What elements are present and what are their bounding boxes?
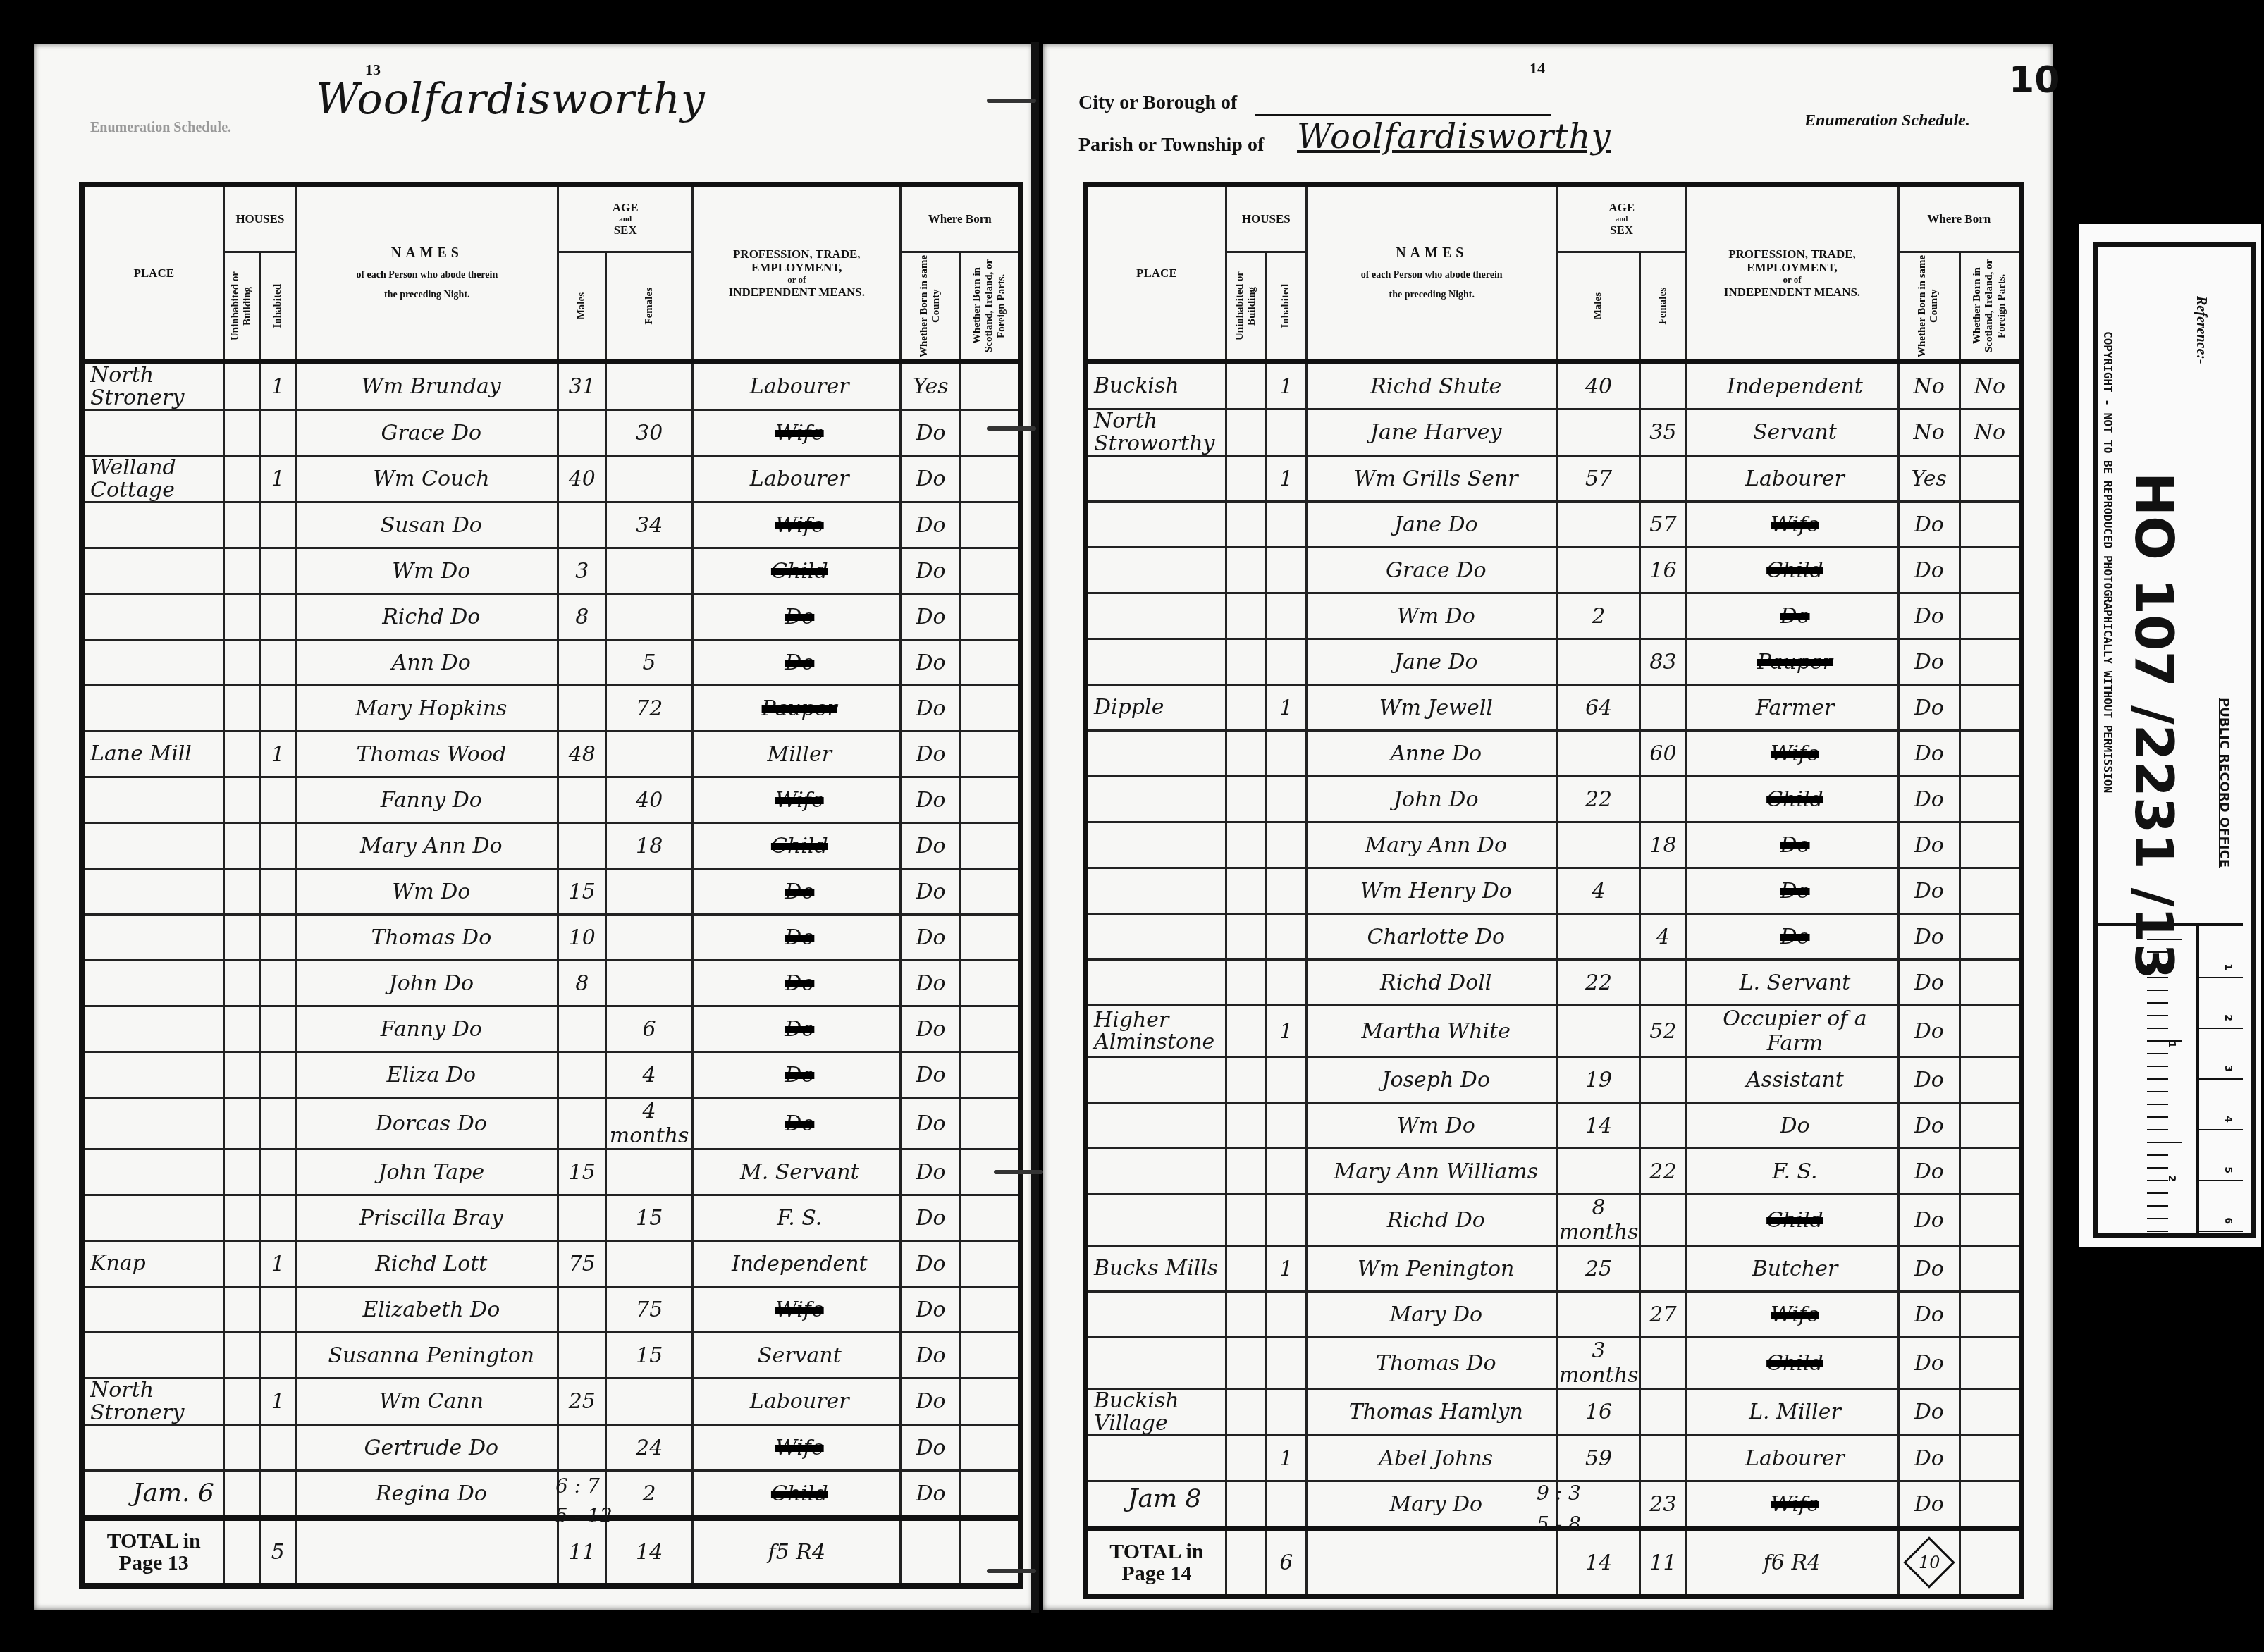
female-age-cell: 4 <box>606 1052 693 1098</box>
table-row: Anne Do60WifeDo <box>1085 731 2022 777</box>
born-county-text: Do <box>916 696 945 721</box>
male-age-text: 57 <box>1585 467 1612 491</box>
born-elsewhere-cell <box>961 1052 1021 1098</box>
born-elsewhere-text: No <box>1974 420 2005 445</box>
city-borough-line <box>1255 114 1551 116</box>
person-name-cell: Richd Shute <box>1306 362 1557 409</box>
inch-mark: 2 <box>2166 1175 2177 1182</box>
house-count-cell: 1 <box>260 456 296 503</box>
person-name-cell: Jane Do <box>1306 639 1557 685</box>
male-age-text: 3 <box>575 559 589 584</box>
female-age-text: 75 <box>636 1297 663 1322</box>
house-count-cell <box>260 1287 296 1333</box>
place-cell <box>1085 822 1226 868</box>
faded-header-text: Enumeration Schedule. <box>90 120 231 136</box>
born-county-text: Do <box>916 1111 945 1136</box>
uninhabited-cell <box>1226 1389 1266 1436</box>
house-count-cell <box>260 410 296 456</box>
total-elsewhere <box>961 1518 1021 1586</box>
occupation-cell: Do <box>693 1006 901 1052</box>
person-name-cell: Gertrude Do <box>296 1425 558 1471</box>
person-name-cell: Richd Lott <box>296 1241 558 1287</box>
occupation-cell: Do <box>693 961 901 1006</box>
born-elsewhere-cell <box>961 1195 1021 1241</box>
born-county-cell: Do <box>1898 1057 1960 1103</box>
stamp-number: 10 <box>1918 1553 1940 1572</box>
table-row: North StroworthyJane Harvey35ServantNoNo <box>1085 409 2022 456</box>
age-sex: SEX <box>1558 223 1685 238</box>
ruler-tick <box>2147 1066 2168 1067</box>
person-name-text: John Do <box>1394 787 1478 812</box>
person-name-cell: Fanny Do <box>296 1006 558 1052</box>
born-county-cell: Do <box>901 1098 961 1149</box>
total-males: 14 <box>1557 1529 1640 1596</box>
col-born-county: Whether Born in same County <box>901 252 961 362</box>
female-age-cell: 15 <box>606 1333 693 1379</box>
table-row: Thomas Do10DoDo <box>82 915 1021 961</box>
born-county-text: Do <box>1914 741 1944 766</box>
uninhabited-cell <box>1226 1481 1266 1529</box>
female-age-text: 16 <box>1649 558 1676 583</box>
uninhabited-cell <box>224 961 260 1006</box>
parish-name-handwritten: Woolfardisworthy <box>316 75 706 124</box>
person-name-text: Wm Brunday <box>362 374 501 399</box>
cm-mark: 1 <box>2196 926 2243 978</box>
table-row: North Stronery1Wm Cann25LabourerDo <box>82 1379 1021 1425</box>
place-cell <box>82 1333 224 1379</box>
col-inhabited: Inhabited <box>1266 252 1306 362</box>
female-age-text: 72 <box>636 696 663 721</box>
born-county-cell: Do <box>901 1333 961 1379</box>
place-cell <box>82 686 224 732</box>
occupation-cell: Labourer <box>1686 456 1898 502</box>
born-county-text: Do <box>916 1436 945 1460</box>
male-age-text: 4 <box>1592 879 1606 904</box>
person-name-text: Thomas Hamlyn <box>1349 1400 1523 1424</box>
house-count-cell <box>260 777 296 823</box>
female-age-cell: 75 <box>606 1287 693 1333</box>
occupation-cell: Servant <box>693 1333 901 1379</box>
house-count-cell <box>1266 502 1306 548</box>
male-age-text: 40 <box>1585 374 1612 399</box>
person-name-text: Jane Harvey <box>1370 420 1502 445</box>
occupation-text: Butcher <box>1752 1257 1838 1281</box>
person-name-text: Dorcas Do <box>376 1111 487 1136</box>
female-age-text: 27 <box>1649 1302 1676 1327</box>
male-age-cell: 3 <box>558 548 606 594</box>
total-row: TOTAL inPage 13 5 11 14 f5 R4 <box>82 1518 1021 1586</box>
uninhabited-cell <box>1226 1436 1266 1481</box>
occupation-cell: Pauper <box>1686 639 1898 685</box>
place-cell <box>1085 1292 1226 1338</box>
table-row: Richd Do8DoDo <box>82 594 1021 640</box>
occupation-cell: Wife <box>1686 731 1898 777</box>
uninhabited-cell <box>224 732 260 777</box>
male-age-text: 2 <box>1592 604 1606 629</box>
ruler-tick <box>2147 1192 2168 1194</box>
archive-reference-card: Reference:- HO 107 /2231 /13 PUBLIC RECO… <box>2079 224 2261 1247</box>
table-row: Dipple1Wm Jewell64FarmerDo <box>1085 685 2022 731</box>
female-age-cell: 5 <box>606 640 693 686</box>
house-count-text: 1 <box>271 374 285 399</box>
table-row: Fanny Do40WifeDo <box>82 777 1021 823</box>
profession-4: INDEPENDENT MEANS. <box>1687 285 1897 300</box>
occupation-text: Do <box>785 651 814 675</box>
person-name-text: Fanny Do <box>381 788 482 813</box>
born-county-text: No <box>1914 420 1945 445</box>
occupation-text: Wife <box>775 1436 824 1460</box>
occupation-cell: Do <box>1686 593 1898 639</box>
uninhabited-cell <box>1226 362 1266 409</box>
born-county-text: Do <box>916 467 945 491</box>
uninhabited-cell <box>1226 639 1266 685</box>
born-elsewhere-cell <box>961 1471 1021 1519</box>
born-elsewhere-label: Whether Born in Scotland, Ireland, or Fo… <box>1971 253 2008 359</box>
born-county-cell: Do <box>901 1241 961 1287</box>
public-record-office-label: PUBLIC RECORD OFFICE <box>2217 698 2232 868</box>
col-place: PLACE <box>1085 185 1226 362</box>
house-count-cell <box>260 1195 296 1241</box>
table-row: Wm Do15DoDo <box>82 869 1021 915</box>
born-elsewhere-cell <box>1960 960 2022 1006</box>
table-row: Grace Do16ChildDo <box>1085 548 2022 593</box>
occupation-text: Do <box>1780 1114 1809 1138</box>
person-name-text: Wm Do <box>392 559 470 584</box>
born-county-cell: Do <box>901 686 961 732</box>
born-elsewhere-cell <box>961 915 1021 961</box>
col-houses: HOUSES <box>1226 185 1306 252</box>
male-age-cell: 64 <box>1557 685 1640 731</box>
occupation-text: Wife <box>775 513 824 538</box>
occupation-cell: Child <box>1686 777 1898 822</box>
place-cell <box>1085 868 1226 914</box>
house-count-cell <box>260 1006 296 1052</box>
female-age-cell <box>1640 777 1686 822</box>
born-elsewhere-text: No <box>1974 374 2005 399</box>
female-age-text: 34 <box>636 513 663 538</box>
house-count-cell <box>260 1052 296 1098</box>
male-age-text: 8 <box>575 605 589 629</box>
total-row: TOTAL inPage 14 6 14 11 f6 R4 10 <box>1085 1529 2022 1596</box>
female-age-cell <box>1640 868 1686 914</box>
born-county-cell: Do <box>1898 639 1960 685</box>
born-county-cell: Do <box>901 1006 961 1052</box>
occupation-cell: Occupier of a Farm <box>1686 1006 1898 1057</box>
place-text: Knap <box>90 1251 146 1276</box>
born-county-cell: Do <box>1898 822 1960 868</box>
person-name-cell: John Do <box>1306 777 1557 822</box>
place-cell <box>82 1098 224 1149</box>
reference-number: HO 107 /2231 /13 <box>2123 472 2184 980</box>
col-age-sex: AGEandSEX <box>558 185 693 252</box>
cm-mark: 4 <box>2196 1078 2243 1130</box>
uninhabited-cell <box>1226 593 1266 639</box>
born-county-text: Yes <box>913 374 948 399</box>
total-born <box>901 1518 961 1586</box>
female-age-cell: 52 <box>1640 1006 1686 1057</box>
uninhabited-cell <box>224 1149 260 1195</box>
profession-4: INDEPENDENT MEANS. <box>694 285 899 300</box>
born-county-text: Do <box>916 1481 945 1506</box>
house-count-cell <box>1266 639 1306 685</box>
enumerator-initials: Jam. 6 <box>133 1479 214 1508</box>
person-name-cell: Anne Do <box>1306 731 1557 777</box>
born-county-text: Do <box>916 1389 945 1414</box>
born-county-cell: Do <box>1898 1006 1960 1057</box>
occupation-cell: Child <box>1686 1338 1898 1389</box>
place-cell <box>82 594 224 640</box>
male-age-cell: 8 <box>558 961 606 1006</box>
col-profession: PROFESSION, TRADE,EMPLOYMENT,or ofINDEPE… <box>1686 185 1898 362</box>
male-age-cell <box>1557 1006 1640 1057</box>
born-county-cell: Do <box>901 1052 961 1098</box>
occupation-text: Farmer <box>1756 696 1835 720</box>
house-count-cell <box>1266 1338 1306 1389</box>
left-page: 13 Woolfardisworthy Enumeration Schedule… <box>34 44 1033 1610</box>
born-county-cell: No <box>1898 362 1960 409</box>
house-count-cell: 1 <box>260 1379 296 1425</box>
ruler-tick <box>2147 1015 2168 1016</box>
male-age-cell <box>1557 822 1640 868</box>
born-county-text: Do <box>916 1297 945 1322</box>
born-county-cell: Do <box>1898 1246 1960 1292</box>
place-cell <box>1085 639 1226 685</box>
person-name-text: Regina Do <box>376 1481 487 1506</box>
born-county-text: Do <box>1914 1351 1944 1376</box>
born-county-text: Do <box>916 513 945 538</box>
person-name-cell: Richd Do <box>296 594 558 640</box>
ruler-tick <box>2147 951 2168 953</box>
house-count-cell <box>1266 1149 1306 1195</box>
table-row: Buckish VillageThomas Hamlyn16L. MillerD… <box>1085 1389 2022 1436</box>
male-age-text: 31 <box>569 374 596 399</box>
born-elsewhere-cell <box>961 640 1021 686</box>
place-cell <box>82 503 224 548</box>
person-name-cell: Grace Do <box>1306 548 1557 593</box>
male-age-cell <box>558 1287 606 1333</box>
place-cell <box>1085 1436 1226 1481</box>
uninhabited-cell <box>1226 1195 1266 1246</box>
born-county-text: Do <box>916 971 945 996</box>
uninhabited-cell <box>224 1241 260 1287</box>
female-age-text: 35 <box>1649 420 1676 445</box>
uninhabited-cell <box>224 1287 260 1333</box>
occupation-cell: Wife <box>1686 1292 1898 1338</box>
house-count-cell <box>260 1425 296 1471</box>
occupation-text: Do <box>785 880 814 904</box>
col-born-county: Whether Born in same County <box>1898 252 1960 362</box>
occupation-text: Child <box>1766 1208 1823 1233</box>
born-elsewhere-cell <box>961 1241 1021 1287</box>
house-count-cell <box>260 869 296 915</box>
occupation-cell: Wife <box>1686 502 1898 548</box>
uninhabited-label: Uninhabited or Building <box>230 253 254 359</box>
uninhabited-cell <box>224 362 260 410</box>
born-county-cell: Yes <box>1898 456 1960 502</box>
males-label: Males <box>576 292 588 319</box>
age-and: and <box>1558 215 1685 224</box>
occupation-text: Independent <box>732 1252 868 1276</box>
binding-pin <box>987 99 1036 103</box>
uninhabited-cell <box>1226 1149 1266 1195</box>
total-houses: 5 <box>260 1518 296 1586</box>
ruler-tick <box>2147 1078 2168 1080</box>
house-count-text: 1 <box>1279 696 1293 720</box>
born-elsewhere-cell <box>961 548 1021 594</box>
parish-name-handwritten: Woolfardisworthy <box>1297 117 1611 156</box>
male-age-cell <box>1557 1149 1640 1195</box>
house-count-cell <box>260 915 296 961</box>
table-row: John Tape15M. ServantDo <box>82 1149 1021 1195</box>
born-elsewhere-cell <box>1960 731 2022 777</box>
col-names: NAMESof each Person who abode thereinthe… <box>1306 185 1557 362</box>
total-tally: f5 R4 <box>693 1518 901 1586</box>
occupation-cell: Do <box>1686 868 1898 914</box>
female-age-cell <box>606 1241 693 1287</box>
male-age-cell: 8 months <box>1557 1195 1640 1246</box>
born-elsewhere-cell <box>1960 1436 2022 1481</box>
uninhabited-cell <box>1226 960 1266 1006</box>
table-row: Jane Do83PauperDo <box>1085 639 2022 685</box>
place-cell <box>82 869 224 915</box>
cm-mark: 2 <box>2196 977 2243 1029</box>
names-subtitle-2: the preceding Night. <box>297 290 557 301</box>
occupation-cell: Wife <box>1686 1481 1898 1529</box>
ruler-tick <box>2147 1002 2168 1004</box>
female-age-cell: 4 <box>1640 914 1686 960</box>
occupation-text: Wife <box>775 421 824 445</box>
born-county-cell: Do <box>1898 868 1960 914</box>
occupation-cell: Do <box>693 594 901 640</box>
born-county-cell: Do <box>1898 914 1960 960</box>
born-elsewhere-cell <box>961 503 1021 548</box>
male-age-text: 10 <box>569 925 596 950</box>
born-county-text: Do <box>916 1063 945 1087</box>
cm-label: 4 <box>2222 1116 2234 1123</box>
born-elsewhere-cell <box>1960 502 2022 548</box>
born-county-text: Do <box>1914 1019 1944 1044</box>
born-county-cell: Do <box>1898 1149 1960 1195</box>
table-row: Fanny Do6DoDo <box>82 1006 1021 1052</box>
occupation-text: Labourer <box>750 467 849 491</box>
inhabited-label: Inhabited <box>1280 284 1292 328</box>
house-count-cell <box>260 823 296 869</box>
occupation-cell: Child <box>693 548 901 594</box>
table-row: Elizabeth Do75WifeDo <box>82 1287 1021 1333</box>
place-cell: Dipple <box>1085 685 1226 731</box>
born-elsewhere-cell <box>1960 1057 2022 1103</box>
born-county-cell: Do <box>1898 731 1960 777</box>
born-elsewhere-cell <box>1960 1292 2022 1338</box>
born-elsewhere-cell <box>1960 685 2022 731</box>
born-elsewhere-label: Whether Born in Scotland, Ireland, or Fo… <box>971 253 1008 359</box>
house-count-cell <box>260 640 296 686</box>
male-age-cell: 40 <box>1557 362 1640 409</box>
female-age-text: 6 <box>643 1017 656 1042</box>
person-name-text: Mary Do <box>1389 1302 1482 1327</box>
female-age-text: 60 <box>1649 741 1676 766</box>
born-county-cell: Do <box>1898 777 1960 822</box>
uninhabited-cell <box>1226 1006 1266 1057</box>
female-age-text: 18 <box>636 834 663 858</box>
born-county-cell: Do <box>901 823 961 869</box>
table-row: Mary Do27WifeDo <box>1085 1292 2022 1338</box>
born-county-text: Do <box>916 559 945 584</box>
place-text: North Stronery <box>90 1378 184 1425</box>
male-age-cell <box>1557 1292 1640 1338</box>
profession-3: or of <box>1687 275 1897 285</box>
person-name-cell: Wm Do <box>296 869 558 915</box>
occupation-cell: F. S. <box>693 1195 901 1241</box>
born-county-label: Whether Born in same County <box>918 253 943 359</box>
total-males: 11 <box>558 1518 606 1586</box>
female-age-cell: 40 <box>606 777 693 823</box>
person-name-cell: Wm Penington <box>1306 1246 1557 1292</box>
male-age-cell: 2 <box>1557 593 1640 639</box>
born-county-text: Do <box>916 925 945 950</box>
person-name-text: Mary Ann Do <box>1365 833 1507 858</box>
enumeration-schedule-label: Enumeration Schedule. <box>1804 111 1970 130</box>
house-count-text: 1 <box>1279 1446 1293 1471</box>
uninhabited-cell <box>1226 1292 1266 1338</box>
col-houses: HOUSES <box>224 185 296 252</box>
born-elsewhere-cell <box>1960 1149 2022 1195</box>
born-county-cell: Do <box>1898 1292 1960 1338</box>
born-county-text: Do <box>916 788 945 813</box>
house-count-cell <box>260 548 296 594</box>
binding-pin <box>994 1170 1043 1174</box>
place-cell <box>82 1287 224 1333</box>
person-name-text: Richd Doll <box>1380 970 1491 995</box>
person-name-text: Grace Do <box>1386 558 1486 583</box>
occupation-text: Labourer <box>750 374 849 399</box>
total-females: 11 <box>1640 1529 1686 1596</box>
born-elsewhere-cell <box>961 1333 1021 1379</box>
place-cell: North Stroworthy <box>1085 409 1226 456</box>
occupation-text: Do <box>785 1017 814 1042</box>
table-row: Welland Cottage1Wm Couch40LabourerDo <box>82 456 1021 503</box>
born-county-text: Do <box>916 742 945 767</box>
place-text: North Stroworthy <box>1094 409 1214 456</box>
ruler-tick <box>2147 1231 2168 1232</box>
occupation-cell: Wife <box>693 777 901 823</box>
schedule-stamp: 10 <box>1903 1536 1955 1589</box>
occupation-text: L. Servant <box>1740 970 1851 995</box>
occupation-cell: Wife <box>693 410 901 456</box>
house-count-cell: 1 <box>260 1241 296 1287</box>
female-age-cell <box>606 548 693 594</box>
female-age-cell <box>1640 1436 1686 1481</box>
inch-scale: 12 <box>2147 926 2199 1236</box>
occupation-cell: Child <box>1686 1195 1898 1246</box>
born-county-text: Do <box>916 1160 945 1185</box>
born-elsewhere-cell <box>961 777 1021 823</box>
born-county-cell: Yes <box>901 362 961 410</box>
place-text: Welland Cottage <box>90 455 176 503</box>
uninhabited-cell <box>1226 777 1266 822</box>
male-age-cell: 25 <box>558 1379 606 1425</box>
male-age-cell <box>1557 409 1640 456</box>
house-count-cell <box>260 1149 296 1195</box>
person-name-cell: Fanny Do <box>296 777 558 823</box>
person-name-text: Ann Do <box>392 651 471 675</box>
house-count-text: 1 <box>271 1389 285 1414</box>
col-age-sex: AGEandSEX <box>1557 185 1686 252</box>
ruler-tick <box>2147 1154 2168 1156</box>
census-rows-left: North Stronery1Wm Brunday31LabourerYesGr… <box>82 362 1021 1518</box>
house-count-cell <box>1266 868 1306 914</box>
table-row: Richd Doll22L. ServantDo <box>1085 960 2022 1006</box>
